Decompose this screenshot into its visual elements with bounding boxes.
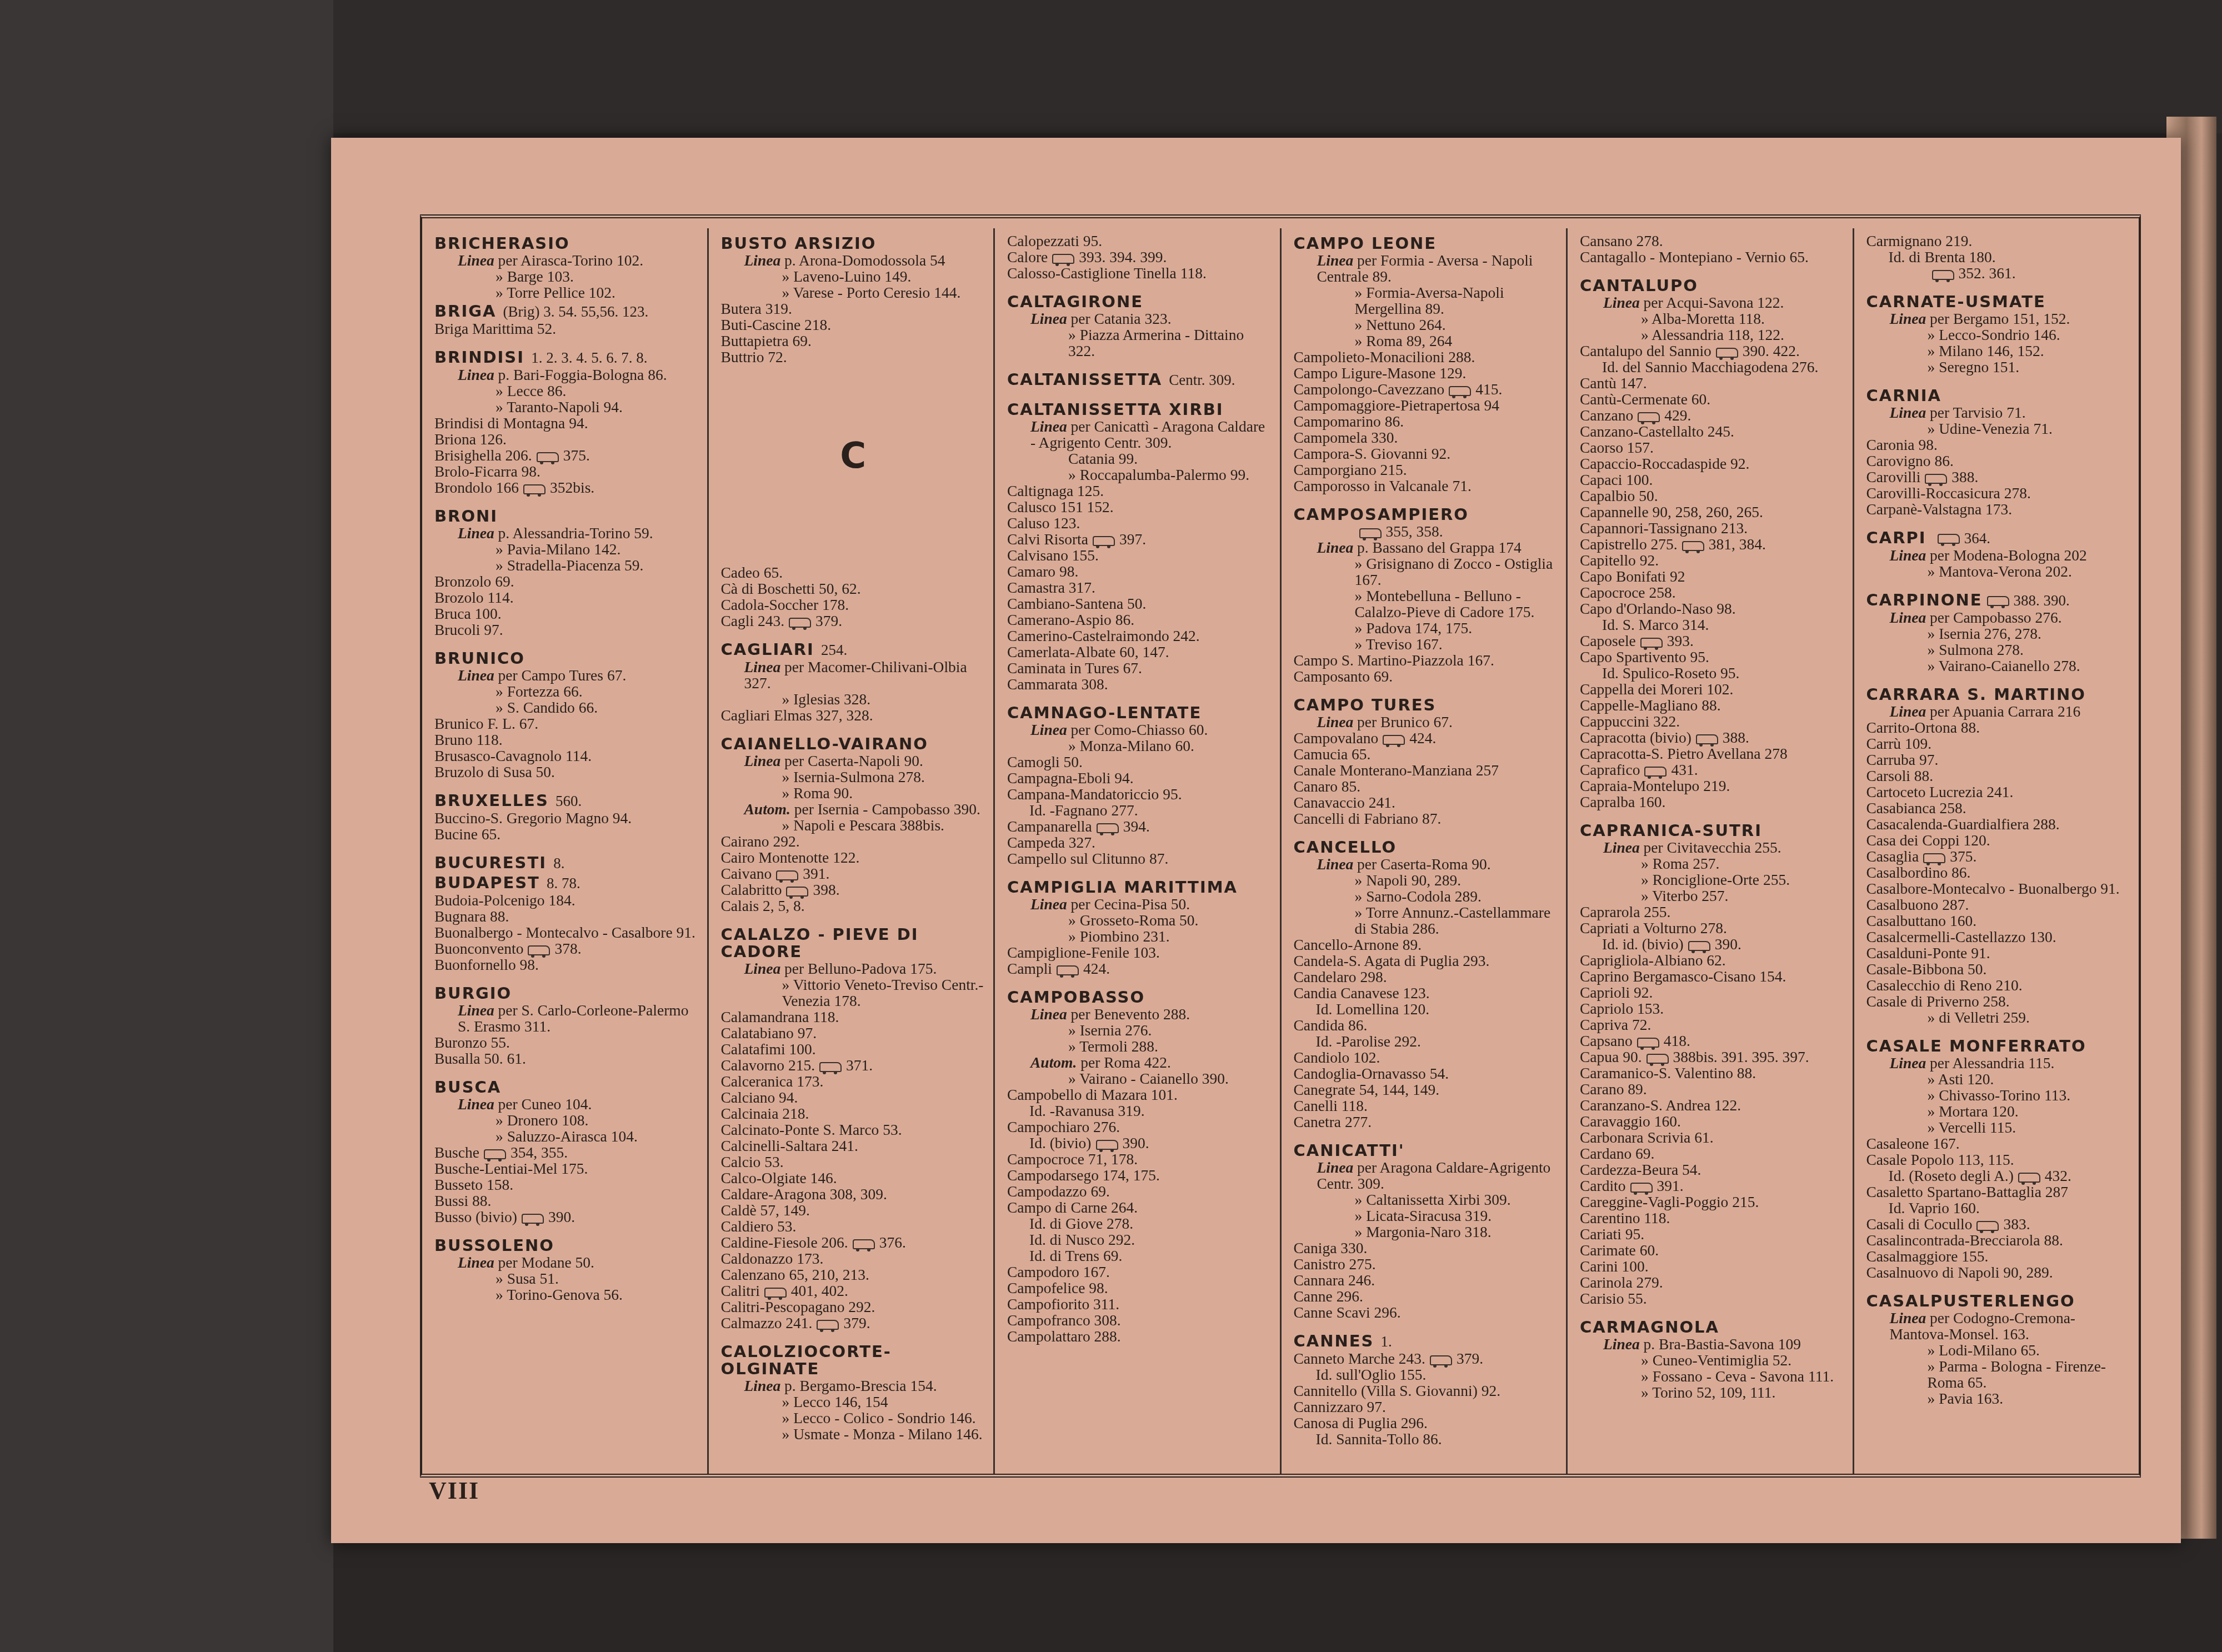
entry-text: » Ronciglione-Orte 255. bbox=[1641, 871, 1790, 888]
bus-service-icon bbox=[1647, 1054, 1669, 1064]
line-label: Linea bbox=[1030, 1005, 1067, 1023]
station-entry: Caravaggio 160. bbox=[1580, 1113, 1845, 1129]
station-name: BRUNICO bbox=[434, 649, 525, 668]
line-label: Linea bbox=[744, 1377, 781, 1394]
station-entry: Buonfornello 98. bbox=[434, 957, 699, 973]
station-entry: Campofiorito 311. bbox=[1007, 1296, 1272, 1312]
bus-service-icon bbox=[1093, 536, 1115, 546]
station-entry: Campo di Carne 264. bbox=[1007, 1199, 1272, 1215]
station-name: CANCELLO bbox=[1294, 838, 1397, 857]
entry-text: » Monza-Milano 60. bbox=[1068, 737, 1194, 754]
station-entry: Carinola 279. bbox=[1580, 1274, 1845, 1290]
bus-page-refs: 379. bbox=[815, 612, 842, 629]
station-heading: CALTAGIRONE bbox=[1007, 293, 1272, 311]
line-sub-entry: » Asti 120. bbox=[1866, 1071, 2131, 1087]
line-label: Autom. bbox=[744, 800, 790, 818]
station-entry: Carbonara Scrivia 61. bbox=[1580, 1129, 1845, 1145]
station-entry: Caprino Bergamasco-Cisano 154. bbox=[1580, 968, 1845, 984]
entry-text: » Roma 89, 264 bbox=[1355, 332, 1453, 349]
entry-text: Brozolo 114. bbox=[434, 589, 514, 606]
station-entry: Campli424. bbox=[1007, 960, 1272, 977]
station-entry: Cà di Boschetti 50, 62. bbox=[721, 580, 986, 597]
entry-text: Cammarata 308. bbox=[1007, 675, 1108, 693]
bus-service-icon bbox=[1640, 638, 1663, 648]
bus-service-icon bbox=[1644, 767, 1666, 777]
station-heading: CALOLZIOCORTE-OLGINATE bbox=[721, 1343, 986, 1378]
station-entry: Carrù 109. bbox=[1866, 735, 2131, 752]
station-name: CAMPOSAMPIERO bbox=[1294, 505, 1469, 524]
station-entry: Caposele393. bbox=[1580, 633, 1845, 649]
entry-text: Canzano bbox=[1580, 407, 1633, 424]
station-entry: Busalla 50. 61. bbox=[434, 1050, 699, 1067]
bus-service-icon bbox=[537, 452, 559, 462]
station-entry: Camposanto 69. bbox=[1294, 668, 1559, 684]
entry-text: » Grosseto-Roma 50. bbox=[1068, 912, 1199, 929]
station-heading: CALTANISSETTA Centr. 309. bbox=[1007, 371, 1272, 389]
entry-text: Canneto Marche 243. bbox=[1294, 1350, 1426, 1367]
entry-text: Carovigno 86. bbox=[1866, 452, 1954, 469]
entry-text: » Fortezza 66. bbox=[496, 683, 583, 700]
station-entry: Brusasco-Cavagnolo 114. bbox=[434, 748, 699, 764]
entry-text: Campo Ligure-Masone 129. bbox=[1294, 364, 1467, 382]
station-entry: Candida 86. bbox=[1294, 1017, 1559, 1033]
entry-text: Buonfornello 98. bbox=[434, 956, 539, 973]
station-entry: Camerano-Aspio 86. bbox=[1007, 612, 1272, 628]
line-destination: per Modena-Bologna 202 bbox=[1930, 547, 2087, 564]
entry-text: Buronzo 55. bbox=[434, 1034, 510, 1051]
line-label: Linea bbox=[1317, 1159, 1354, 1176]
entry-text: Canne Scavi 296. bbox=[1294, 1304, 1401, 1321]
entry-text: Casali di Cocullo bbox=[1866, 1215, 1973, 1233]
line-sub-entry: » Caltanissetta Xirbi 309. bbox=[1294, 1192, 1559, 1208]
line-destination: per Acqui-Savona 122. bbox=[1644, 294, 1784, 311]
entry-text: » Cuneo-Ventimiglia 52. bbox=[1641, 1351, 1791, 1369]
station-entry: Campo S. Martino-Piazzola 167. bbox=[1294, 652, 1559, 668]
station-entry: Casale Popolo 113, 115. bbox=[1866, 1152, 2131, 1168]
line-label: Linea bbox=[1890, 609, 1926, 626]
entry-text: Campofranco 308. bbox=[1007, 1311, 1121, 1329]
line-sub-entry: » Udine-Venezia 71. bbox=[1866, 420, 2131, 437]
entry-text: Casale di Priverno 258. bbox=[1866, 993, 2010, 1010]
entry-text: Camaro 98. bbox=[1007, 563, 1078, 580]
line-label: Linea bbox=[744, 252, 781, 269]
station-entry: Casalbordino 86. bbox=[1866, 864, 2131, 880]
entry-text: Id. Vaprio 160. bbox=[1889, 1199, 1980, 1217]
entry-text: » Torre Annunz.-Castellammare di Stabia … bbox=[1355, 904, 1551, 937]
bus-service-icon bbox=[853, 1239, 875, 1249]
entry-text: Casalmaggiore 155. bbox=[1866, 1248, 1989, 1265]
bus-service-icon bbox=[1096, 1140, 1118, 1150]
entry-text: Camastra 317. bbox=[1007, 579, 1095, 596]
line-sub-entry: » Monza-Milano 60. bbox=[1007, 738, 1272, 754]
line-sub-entry: » Milano 146, 152. bbox=[1866, 343, 2131, 359]
entry-text: Casalbuttano 160. bbox=[1866, 912, 1977, 929]
station-entry: Caivano391. bbox=[721, 865, 986, 882]
line-label: Linea bbox=[1890, 703, 1926, 720]
station-entry: Brindisi di Montagna 94. bbox=[434, 415, 699, 431]
entry-text: » Lecco 146, 154 bbox=[782, 1393, 888, 1410]
line-entry: Linea per Airasca-Torino 102. bbox=[434, 252, 699, 268]
line-sub-entry: » Fortezza 66. bbox=[434, 683, 699, 699]
station-entry: Canavaccio 241. bbox=[1294, 794, 1559, 810]
station-entry: Capo Spartivento 95. bbox=[1580, 649, 1845, 665]
entry-text: » Licata-Siracusa 319. bbox=[1355, 1207, 1492, 1224]
entry-text: Calmazzo 241. bbox=[721, 1314, 813, 1331]
station-entry: Id. -Fagnano 277. bbox=[1007, 802, 1272, 818]
entry-text: Caronia 98. bbox=[1866, 436, 1938, 453]
entry-text: Carrito-Ortona 88. bbox=[1866, 719, 1980, 736]
station-name: CARRARA S. MARTINO bbox=[1866, 685, 2086, 704]
line-entry: Linea per Civitavecchia 255. bbox=[1580, 839, 1845, 855]
entry-text: Brusasco-Cavagnolo 114. bbox=[434, 747, 592, 764]
station-entry: Calopezzati 95. bbox=[1007, 233, 1272, 249]
station-entry: Cannara 246. bbox=[1294, 1272, 1559, 1288]
bus-page-refs: 429. bbox=[1664, 407, 1691, 424]
line-destination: per Belluno-Padova 175. bbox=[784, 960, 937, 977]
station-heading: BRUNICO bbox=[434, 650, 699, 667]
station-heading: CAMNAGO-LENTATE bbox=[1007, 704, 1272, 722]
line-label: Linea bbox=[744, 960, 781, 977]
station-entry: Cantù 147. bbox=[1580, 375, 1845, 391]
entry-text: » Isernia-Sulmona 278. bbox=[782, 768, 925, 785]
line-entry: Linea per Cecina-Pisa 50. bbox=[1007, 896, 1272, 912]
entry-text: Id. (bivio) bbox=[1029, 1134, 1092, 1152]
line-entry: Linea per Alessandria 115. bbox=[1866, 1055, 2131, 1071]
station-entry: Camporgiano 215. bbox=[1294, 462, 1559, 478]
entry-text: Id. di Brenta 180. bbox=[1889, 248, 1996, 266]
line-sub-entry: » S. Candido 66. bbox=[434, 699, 699, 715]
station-entry: Buttrio 72. bbox=[721, 349, 986, 365]
line-sub-entry: » Grosseto-Roma 50. bbox=[1007, 912, 1272, 928]
line-sub-entry: » Vercelli 115. bbox=[1866, 1119, 2131, 1135]
station-entry: Id. (Roseto degli A.)432. bbox=[1866, 1168, 2131, 1184]
entry-text: Carpanè-Valstagna 173. bbox=[1866, 500, 2013, 518]
bus-service-icon bbox=[1938, 534, 1960, 544]
bus-service-icon bbox=[484, 1149, 506, 1159]
station-entry: Butera 319. bbox=[721, 301, 986, 317]
station-entry: Campocroce 71, 178. bbox=[1007, 1151, 1272, 1167]
entry-text: Cannitello (Villa S. Giovanni) 92. bbox=[1294, 1382, 1501, 1399]
station-entry: Canneto Marche 243.379. bbox=[1294, 1350, 1559, 1366]
entry-text: Campofelice 98. bbox=[1007, 1279, 1108, 1296]
entry-text: Id. (Roseto degli A.) bbox=[1889, 1167, 2014, 1184]
station-entry: Calvisano 155. bbox=[1007, 547, 1272, 563]
entry-text: Casa dei Coppi 120. bbox=[1866, 832, 1990, 849]
entry-text: Bruno 118. bbox=[434, 731, 503, 748]
station-entry: Capracotta-S. Pietro Avellana 278 bbox=[1580, 745, 1845, 762]
entry-text: Caltignaga 125. bbox=[1007, 482, 1104, 499]
line-destination: per Modane 50. bbox=[498, 1254, 594, 1271]
line-entry: Autom. per Isernia - Campobasso 390. bbox=[721, 801, 986, 817]
line-destination: per Benevento 288. bbox=[1071, 1005, 1190, 1023]
station-entry: Capriva 72. bbox=[1580, 1017, 1845, 1033]
line-label: Linea bbox=[1890, 1054, 1926, 1072]
station-entry: Busseto 158. bbox=[434, 1177, 699, 1193]
entry-text: Carmignano 219. bbox=[1866, 232, 1973, 249]
station-entry: Campobello di Mazara 101. bbox=[1007, 1087, 1272, 1103]
station-entry: Casalduni-Ponte 91. bbox=[1866, 945, 2131, 961]
line-sub-entry: » Taranto-Napoli 94. bbox=[434, 399, 699, 415]
entry-text: Buonconvento bbox=[434, 940, 523, 957]
station-entry: Capriolo 153. bbox=[1580, 1000, 1845, 1017]
bus-page-refs: 390. 422. bbox=[1743, 342, 1800, 359]
station-entry: Brucoli 97. bbox=[434, 622, 699, 638]
station-page-refs: 1. bbox=[1381, 1333, 1392, 1350]
station-entry: Id. Spulico-Roseto 95. bbox=[1580, 665, 1845, 681]
line-sub-entry: » Vairano - Caianello 390. bbox=[1007, 1070, 1272, 1087]
entry-text: » Saluzzo-Airasca 104. bbox=[496, 1128, 638, 1145]
entry-text: Casalecchio di Reno 210. bbox=[1866, 977, 2023, 994]
station-entry: Casaletto Spartano-Battaglia 287 bbox=[1866, 1184, 2131, 1200]
station-entry: Canzano-Castellalto 245. bbox=[1580, 423, 1845, 439]
station-entry: Capraia-Montelupo 219. bbox=[1580, 778, 1845, 794]
station-entry: Cardezza-Beura 54. bbox=[1580, 1162, 1845, 1178]
bus-page-refs: 375. bbox=[563, 447, 590, 464]
station-name: BURGIO bbox=[434, 984, 512, 1003]
entry-text: » Vittorio Veneto-Treviso Centr.-Venezia… bbox=[782, 976, 984, 1009]
entry-text: Cannara 246. bbox=[1294, 1271, 1375, 1289]
line-sub-entry: » Iglesias 328. bbox=[721, 691, 986, 707]
station-name: CALTANISSETTA XIRBI bbox=[1007, 400, 1224, 419]
entry-text: Capriati a Volturno 278. bbox=[1580, 919, 1727, 937]
station-heading: CALALZO - PIEVE DI CADORE bbox=[721, 926, 986, 960]
entry-text: Brondolo 166 bbox=[434, 479, 519, 496]
bus-page-refs: 393. 394. 399. bbox=[1079, 248, 1167, 266]
station-entry: Campofranco 308. bbox=[1007, 1312, 1272, 1328]
entry-text: Canegrate 54, 144, 149. bbox=[1294, 1081, 1440, 1098]
entry-text: Casalnuovo di Napoli 90, 289. bbox=[1866, 1264, 2053, 1281]
bus-service-icon bbox=[819, 1062, 842, 1072]
index-frame: BRICHERASIOLinea per Airasca-Torino 102.… bbox=[420, 214, 2141, 1478]
bus-page-refs: 376. bbox=[879, 1234, 906, 1251]
station-entry: Capaci 100. bbox=[1580, 472, 1845, 488]
entry-text: Brunico F. L. 67. bbox=[434, 715, 538, 732]
line-sub-entry: » Padova 174, 175. bbox=[1294, 620, 1559, 636]
entry-text: » di Velletri 259. bbox=[1928, 1009, 2030, 1026]
station-entry: Bruno 118. bbox=[434, 732, 699, 748]
entry-text: Cannizzaro 97. bbox=[1294, 1398, 1386, 1415]
bus-service-icon bbox=[789, 618, 811, 628]
bus-service-icon bbox=[1097, 823, 1119, 833]
line-destination: per Como-Chiasso 60. bbox=[1071, 721, 1208, 738]
station-entry: Canne 296. bbox=[1294, 1288, 1559, 1304]
station-name: CAMNAGO-LENTATE bbox=[1007, 703, 1202, 722]
station-entry: Candia Canavese 123. bbox=[1294, 985, 1559, 1001]
entry-text: Brindisi di Montagna 94. bbox=[434, 414, 588, 432]
line-sub-entry: » Varese - Porto Ceresio 144. bbox=[721, 284, 986, 301]
entry-text: Camogli 50. bbox=[1007, 753, 1083, 770]
station-entry: Cancelli di Fabriano 87. bbox=[1294, 810, 1559, 827]
entry-text: Calciano 94. bbox=[721, 1089, 798, 1106]
entry-text: Calcinelli-Saltara 241. bbox=[721, 1137, 858, 1154]
entry-text: Carano 89. bbox=[1580, 1080, 1647, 1098]
entry-text: Canzano-Castellalto 245. bbox=[1580, 423, 1734, 440]
entry-text: Cadola-Soccher 178. bbox=[721, 596, 849, 613]
station-entry: Capaccio-Roccadaspide 92. bbox=[1580, 455, 1845, 472]
line-destination: per Roma 422. bbox=[1080, 1054, 1171, 1071]
station-entry: Carovigno 86. bbox=[1866, 453, 2131, 469]
entry-text: » Pavia-Milano 142. bbox=[496, 540, 620, 558]
line-label: Linea bbox=[1890, 310, 1926, 327]
bus-page-refs: 394. bbox=[1123, 818, 1150, 835]
station-name: CAMPO LEONE bbox=[1294, 234, 1437, 253]
entry-text: Campli bbox=[1007, 960, 1052, 977]
station-entry: Casalmaggiore 155. bbox=[1866, 1248, 2131, 1264]
line-label: Linea bbox=[744, 752, 781, 769]
entry-text: Casalbordino 86. bbox=[1866, 864, 1971, 881]
entry-text: Carinola 279. bbox=[1580, 1274, 1663, 1291]
bus-service-icon bbox=[1716, 348, 1738, 358]
entry-text: Id. Sannita-Tollo 86. bbox=[1316, 1430, 1442, 1448]
entry-text: Casalduni-Ponte 91. bbox=[1866, 944, 1990, 962]
line-entry: Linea per Campo Tures 67. bbox=[434, 667, 699, 683]
entry-text: » Stradella-Piacenza 59. bbox=[496, 557, 644, 574]
line-sub-entry: » Napoli 90, 289. bbox=[1294, 872, 1559, 888]
station-entry: Candiolo 102. bbox=[1294, 1049, 1559, 1065]
line-entry: Autom. per Roma 422. bbox=[1007, 1054, 1272, 1070]
bus-service-icon bbox=[1449, 386, 1471, 396]
entry-text: Caranzano-S. Andrea 122. bbox=[1580, 1097, 1741, 1114]
entry-text: Caldine-Fiesole 206. bbox=[721, 1234, 848, 1251]
station-entry: Caldonazzo 173. bbox=[721, 1250, 986, 1266]
entry-text: Campolieto-Monacilioni 288. bbox=[1294, 348, 1475, 366]
bus-page-refs: 375. bbox=[1950, 848, 1976, 865]
station-entry: Id. Vaprio 160. bbox=[1866, 1200, 2131, 1216]
entry-text: Caminata in Tures 67. bbox=[1007, 659, 1142, 677]
bus-page-refs: 424. bbox=[1409, 729, 1436, 747]
line-sub-entry: » Vittorio Veneto-Treviso Centr.-Venezia… bbox=[721, 977, 986, 1009]
line-sub-entry: » Mantova-Verona 202. bbox=[1866, 563, 2131, 579]
station-entry: Caranzano-S. Andrea 122. bbox=[1580, 1097, 1845, 1113]
entry-text: Candia Canavese 123. bbox=[1294, 984, 1430, 1002]
entry-text: Butera 319. bbox=[721, 300, 792, 317]
entry-text: Caprafico bbox=[1580, 761, 1640, 778]
entry-text: Caprino Bergamasco-Cisano 154. bbox=[1580, 968, 1786, 985]
entry-text: Candela-S. Agata di Puglia 293. bbox=[1294, 952, 1490, 969]
station-heading: BRICHERASIO bbox=[434, 235, 699, 252]
station-entry: Cannitello (Villa S. Giovanni) 92. bbox=[1294, 1383, 1559, 1399]
entry-text: Canne 296. bbox=[1294, 1288, 1363, 1305]
line-entry: Linea per Benevento 288. bbox=[1007, 1006, 1272, 1022]
entry-text: Cardito bbox=[1580, 1177, 1626, 1194]
station-heading: CARPINONE388. 390. bbox=[1866, 592, 2131, 609]
entry-text: » Vercelli 115. bbox=[1928, 1119, 2016, 1136]
entry-text: Campolongo-Cavezzano bbox=[1294, 381, 1445, 398]
line-sub-entry: » Barge 103. bbox=[434, 268, 699, 284]
station-entry: Campana-Mandatoriccio 95. bbox=[1007, 786, 1272, 802]
line-sub-entry: » Cuneo-Ventimiglia 52. bbox=[1580, 1352, 1845, 1368]
entry-text: » Roccapalumba-Palermo 99. bbox=[1068, 466, 1249, 483]
station-heading: CAPRANICA-SUTRI bbox=[1580, 822, 1845, 839]
line-entry: Linea per Acqui-Savona 122. bbox=[1580, 294, 1845, 311]
station-heading: CARRARA S. MARTINO bbox=[1866, 686, 2131, 703]
line-entry: Linea per Apuania Carrara 216 bbox=[1866, 703, 2131, 719]
line-sub-entry: » Formia-Aversa-Napoli Mergellina 89. bbox=[1294, 284, 1559, 317]
station-entry: Busche-Lentiai-Mel 175. bbox=[434, 1160, 699, 1177]
entry-text: » Napoli e Pescara 388bis. bbox=[782, 817, 945, 834]
entry-text: Capracotta-S. Pietro Avellana 278 bbox=[1580, 745, 1788, 762]
station-entry: Carruba 97. bbox=[1866, 752, 2131, 768]
entry-text: Brucoli 97. bbox=[434, 621, 503, 638]
station-entry: Id. di Nusco 292. bbox=[1007, 1232, 1272, 1248]
bus-service-icon bbox=[1987, 596, 2009, 606]
line-destination: per Civitavecchia 255. bbox=[1644, 839, 1781, 856]
line-sub-entry: » Sulmona 278. bbox=[1866, 642, 2131, 658]
entry-text: Calco-Olgiate 146. bbox=[721, 1169, 837, 1187]
line-entry: Linea per S. Carlo-Corleone-Palermo S. E… bbox=[434, 1002, 699, 1034]
station-entry: Camaro 98. bbox=[1007, 563, 1272, 579]
bus-page-refs: 388bis. 391. 395. 397. bbox=[1673, 1048, 1809, 1065]
station-entry: Caluso 123. bbox=[1007, 515, 1272, 531]
station-entry: Campanarella394. bbox=[1007, 818, 1272, 834]
station-entry: Canistro 275. bbox=[1294, 1256, 1559, 1272]
line-destination: per Campobasso 276. bbox=[1930, 609, 2062, 626]
station-name: CARMAGNOLA bbox=[1580, 1318, 1719, 1336]
station-name: BRUXELLES bbox=[434, 791, 549, 810]
entry-text: Cantù 147. bbox=[1580, 374, 1647, 392]
station-entry: Calitri401, 402. bbox=[721, 1283, 986, 1299]
entry-text: Capsano bbox=[1580, 1032, 1633, 1049]
station-entry: Calcinato-Ponte S. Marco 53. bbox=[721, 1122, 986, 1138]
entry-text: » Taranto-Napoli 94. bbox=[496, 398, 623, 415]
entry-text: Candoglia-Ornavasso 54. bbox=[1294, 1065, 1449, 1082]
entry-text: Capraia-Montelupo 219. bbox=[1580, 777, 1730, 794]
bus-page-refs: 431. bbox=[1671, 761, 1698, 778]
line-sub-entry: » Pavia-Milano 142. bbox=[434, 541, 699, 557]
entry-text: » Sarno-Codola 289. bbox=[1355, 888, 1482, 905]
entry-text: Casacalenda-Guardialfiera 288. bbox=[1866, 815, 2060, 833]
station-entry: Cadeo 65. bbox=[721, 564, 986, 580]
station-entry: Bruzolo di Susa 50. bbox=[434, 764, 699, 780]
bus-page-refs: 383. bbox=[2003, 1215, 2030, 1233]
station-entry: Casali di Cocullo383. bbox=[1866, 1216, 2131, 1232]
station-entry: Cadola-Soccher 178. bbox=[721, 597, 986, 613]
line-destination: per Cuneo 104. bbox=[498, 1095, 592, 1113]
entry-text: Caposele bbox=[1580, 632, 1636, 649]
line-sub-entry: » Pavia 163. bbox=[1866, 1390, 2131, 1406]
station-heading: CANCELLO bbox=[1294, 839, 1559, 856]
entry-text: Capocroce 258. bbox=[1580, 584, 1676, 601]
station-entry: Casalbuttano 160. bbox=[1866, 913, 2131, 929]
station-entry: Campodarsego 174, 175. bbox=[1007, 1167, 1272, 1183]
entry-text: Id. S. Marco 314. bbox=[1602, 616, 1709, 633]
station-entry: Casale di Priverno 258. bbox=[1866, 993, 2131, 1009]
station-entry: Camerlata-Albate 60, 147. bbox=[1007, 644, 1272, 660]
station-entry: Candelaro 298. bbox=[1294, 969, 1559, 985]
entry-text: Campora-S. Giovanni 92. bbox=[1294, 445, 1451, 462]
line-sub-entry: » Vairano-Caianello 278. bbox=[1866, 658, 2131, 674]
line-label: Autom. bbox=[1030, 1054, 1077, 1071]
entry-text: Bucine 65. bbox=[434, 825, 501, 843]
entry-text: Campomela 330. bbox=[1294, 429, 1398, 446]
entry-text: Cartoceto Lucrezia 241. bbox=[1866, 783, 2014, 800]
station-name: BUCURESTI bbox=[434, 853, 547, 872]
station-entry: Campo Ligure-Masone 129. bbox=[1294, 365, 1559, 381]
entry-text: Capannelle 90, 258, 260, 265. bbox=[1580, 503, 1763, 520]
station-page-refs: Centr. 309. bbox=[1169, 372, 1235, 388]
station-entry: Caramanico-S. Valentino 88. bbox=[1580, 1065, 1845, 1081]
entry-text: Capriva 72. bbox=[1580, 1016, 1651, 1033]
line-sub-entry: » Roma 90. bbox=[721, 785, 986, 801]
station-entry: Camucia 65. bbox=[1294, 746, 1559, 762]
line-label: Linea bbox=[458, 1254, 494, 1271]
bus-service-icon bbox=[528, 945, 550, 955]
line-entry: Linea per Belluno-Padova 175. bbox=[721, 960, 986, 977]
station-entry: Campodazzo 69. bbox=[1007, 1183, 1272, 1199]
entry-text: » Mortara 120. bbox=[1928, 1103, 2019, 1120]
entry-text: Cancelli di Fabriano 87. bbox=[1294, 810, 1442, 827]
entry-text: Carrù 109. bbox=[1866, 735, 1932, 752]
